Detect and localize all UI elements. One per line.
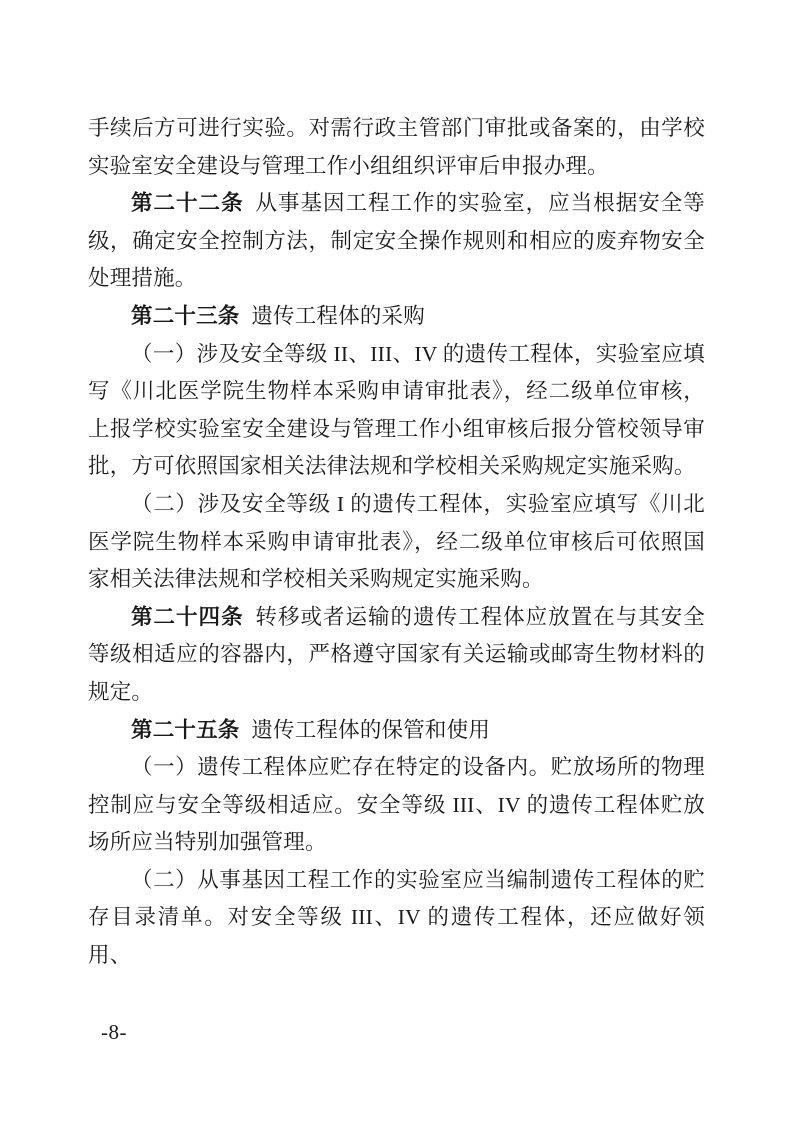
article-23-item-1: （一）涉及安全等级 II、III、IV 的遗传工程体，实验室应填写《川北医学院生… [88,336,705,486]
document-text-block: 手续后方可进行实验。对需行政主管部门审批或备案的，由学校实验室安全建设与管理工作… [88,110,705,975]
paragraph-text: 遗传工程体的保管和使用 [251,718,490,742]
paragraph-continuation: 手续后方可进行实验。对需行政主管部门审批或备案的，由学校实验室安全建设与管理工作… [88,110,705,185]
paragraph-text: （一）遗传工程体应贮存在特定的设备内。贮放场所的物理控制应与安全等级相适应。安全… [88,755,705,854]
article-24-number: 第二十四条 [131,605,244,629]
article-25-item-2: （二）从事基因工程工作的实验室应当编制遗传工程体的贮存目录清单。对安全等级 II… [88,862,705,975]
paragraph-text: （二）从事基因工程工作的实验室应当编制遗传工程体的贮存目录清单。对安全等级 II… [88,868,705,967]
document-page: 手续后方可进行实验。对需行政主管部门审批或备案的，由学校实验室安全建设与管理工作… [0,0,793,1122]
paragraph-text: 遗传工程体的采购 [251,304,425,328]
page-number: -8- [101,1020,127,1045]
article-23-number: 第二十三条 [131,304,240,328]
article-25-item-1: （一）遗传工程体应贮存在特定的设备内。贮放场所的物理控制应与安全等级相适应。安全… [88,749,705,862]
article-22: 第二十二条从事基因工程工作的实验室，应当根据安全等级，确定安全控制方法，制定安全… [88,185,705,298]
article-22-number: 第二十二条 [131,191,244,215]
article-25-heading: 第二十五条遗传工程体的保管和使用 [88,712,705,750]
article-23-item-2: （二）涉及安全等级 I 的遗传工程体，实验室应填写《川北医学院生物样本采购申请审… [88,486,705,599]
paragraph-text: 手续后方可进行实验。对需行政主管部门审批或备案的，由学校实验室安全建设与管理工作… [88,116,705,178]
article-24: 第二十四条转移或者运输的遗传工程体应放置在与其安全等级相适应的容器内，严格遵守国… [88,599,705,712]
article-23-heading: 第二十三条遗传工程体的采购 [88,298,705,336]
paragraph-text: （一）涉及安全等级 II、III、IV 的遗传工程体，实验室应填写《川北医学院生… [88,342,705,479]
article-25-number: 第二十五条 [131,718,240,742]
paragraph-text: （二）涉及安全等级 I 的遗传工程体，实验室应填写《川北医学院生物样本采购申请审… [88,492,705,591]
